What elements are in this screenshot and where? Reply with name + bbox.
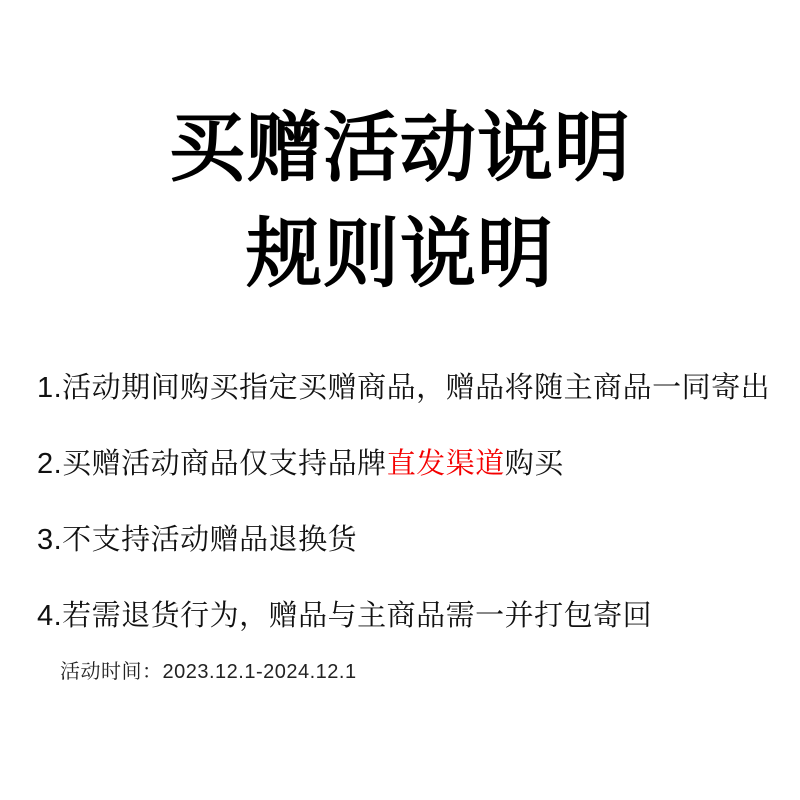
rule-item-2-highlighted-text: 直发渠道 — [387, 448, 505, 480]
title-block: 买赠活动说明 规则说明 — [0, 0, 800, 308]
rule-item-2-text-before: 2.买赠活动商品仅支持品牌 — [37, 448, 387, 480]
page-title-line-1: 买赠活动说明 — [0, 96, 800, 202]
rules-list: 1.活动期间购买指定买赠商品，赠品将随主商品一同寄出 2.买赠活动商品仅支持品牌… — [37, 373, 780, 631]
page-title-line-2: 规则说明 — [0, 202, 800, 308]
rule-item-4: 4.若需退货行为，赠品与主商品需一并打包寄回 — [37, 601, 780, 631]
rule-item-2: 2.买赠活动商品仅支持品牌直发渠道购买 — [37, 449, 780, 479]
rule-item-3: 3.不支持活动赠品退换货 — [37, 525, 780, 555]
rule-item-2-text-after: 购买 — [505, 448, 564, 480]
activity-period-note: 活动时间：2023.12.1-2024.12.1 — [60, 662, 800, 683]
promo-info-poster: 买赠活动说明 规则说明 1.活动期间购买指定买赠商品，赠品将随主商品一同寄出 2… — [0, 0, 800, 800]
rule-item-1: 1.活动期间购买指定买赠商品，赠品将随主商品一同寄出 — [37, 373, 780, 403]
